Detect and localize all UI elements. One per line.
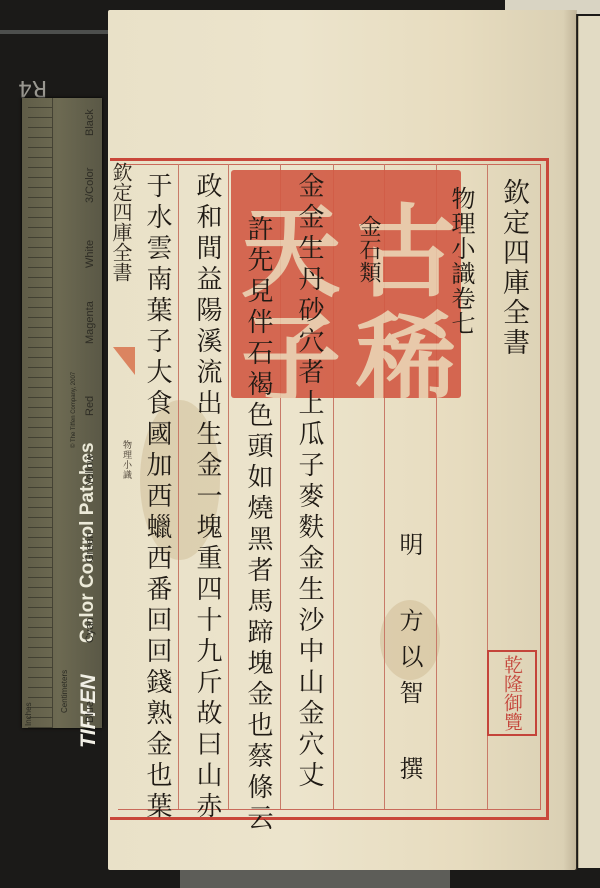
column-rule xyxy=(228,164,229,809)
text-column: 金金生丹砂穴者上瓜子麥麩金生沙中山金穴丈 xyxy=(291,172,328,792)
volume-title: 物理小識卷七 xyxy=(444,186,479,336)
page-fold-shadow xyxy=(563,10,577,870)
category-heading: 金石類 xyxy=(353,215,384,284)
collection-title: 欽定四庫全書 xyxy=(494,178,533,358)
patch-label-yellow: Yellow xyxy=(84,455,96,486)
background-surface xyxy=(180,868,450,888)
ruler-scale xyxy=(28,98,53,728)
column-rule xyxy=(178,164,179,809)
seal-char: 乾 xyxy=(501,655,523,674)
background-strip xyxy=(0,30,115,34)
patch-label-3color: 3/Color xyxy=(84,168,96,203)
background-label: R4 xyxy=(18,75,47,100)
patch-label-red: Red xyxy=(84,396,96,416)
imperial-seal-small: 乾 隆 御 覽 xyxy=(487,650,537,736)
author-line: 明 方以智 撰 xyxy=(392,532,427,792)
seal-char: 覽 xyxy=(501,712,523,731)
next-page-edge xyxy=(578,16,600,868)
patch-label-white: White xyxy=(84,240,96,268)
seal-char: 御 xyxy=(501,693,523,712)
ruler-unit-inches: Inches xyxy=(24,702,33,726)
patch-label-magenta: Magenta xyxy=(84,301,96,344)
patch-label-blue: Blue xyxy=(84,701,96,723)
patch-label-black: Black xyxy=(84,109,96,136)
ruler-unit-centimeters: Centimeters xyxy=(60,670,69,713)
strip-copyright: © The Tiffen Company, 2007 xyxy=(71,372,77,448)
text-column: 政和間益陽溪流出生金一塊重四十九斤故曰山赤 xyxy=(189,172,226,823)
color-control-strip: Inches Centimeters TIFFEN Color Control … xyxy=(22,98,102,728)
patch-label-green: Green xyxy=(84,532,96,563)
seal-char: 稀 xyxy=(356,280,456,398)
spine-title: 欽定四庫全書 xyxy=(107,162,136,282)
margin-label: 物理小識 xyxy=(120,440,133,480)
text-column: 于水雲南葉子大食國加西蠟西番回回錢熟金也葉 xyxy=(139,172,176,823)
text-column: 許先見伴石褐色頭如燒黑者馬蹄塊金也蔡條云 xyxy=(240,215,277,835)
patch-label-cyan: Cyan xyxy=(84,617,96,643)
seal-char: 隆 xyxy=(501,674,523,693)
